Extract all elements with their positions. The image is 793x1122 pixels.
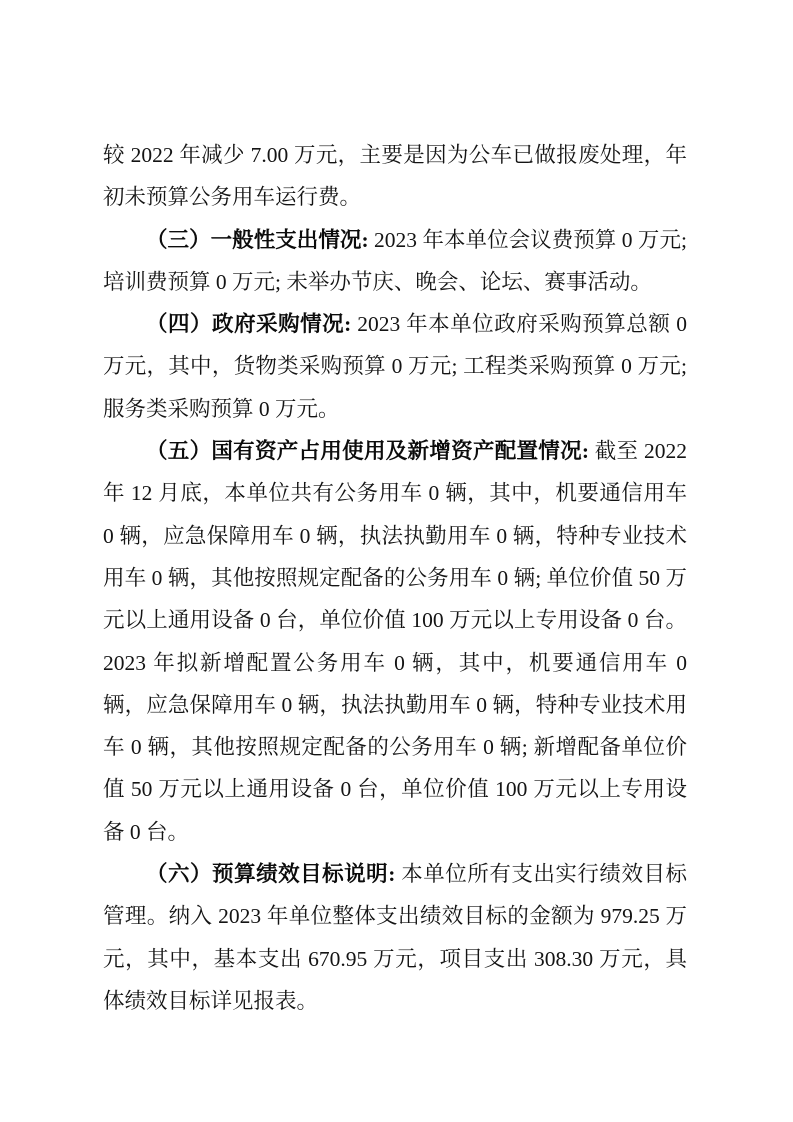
document-page: 较 2022 年减少 7.00 万元，主要是因为公车已做报废处理，年初未预算公务…	[0, 0, 793, 1122]
paragraph: 较 2022 年减少 7.00 万元，主要是因为公车已做报废处理，年初未预算公务…	[103, 134, 687, 219]
section-heading: （六）预算绩效目标说明:	[146, 862, 395, 886]
section-heading: （三）一般性支出情况:	[146, 228, 369, 252]
paragraph: （四）政府采购情况: 2023 年本单位政府采购预算总额 0 万元，其中，货物类…	[103, 303, 687, 430]
paragraph-text: 较 2022 年减少 7.00 万元，主要是因为公车已做报废处理，年初未预算公务…	[103, 143, 687, 209]
section-heading: （四）政府采购情况:	[146, 312, 351, 336]
section-heading: （五）国有资产占用使用及新增资产配置情况:	[146, 439, 589, 463]
paragraph: （五）国有资产占用使用及新增资产配置情况: 截至 2022 年 12 月底，本单…	[103, 430, 687, 853]
paragraph-text: 截至 2022 年 12 月底，本单位共有公务用车 0 辆，其中，机要通信用车 …	[103, 439, 687, 844]
paragraph: （六）预算绩效目标说明: 本单位所有支出实行绩效目标管理。纳入 2023 年单位…	[103, 853, 687, 1022]
paragraph: （三）一般性支出情况: 2023 年本单位会议费预算 0 万元; 培训费预算 0…	[103, 219, 687, 304]
document-body: 较 2022 年减少 7.00 万元，主要是因为公车已做报废处理，年初未预算公务…	[103, 134, 687, 1022]
